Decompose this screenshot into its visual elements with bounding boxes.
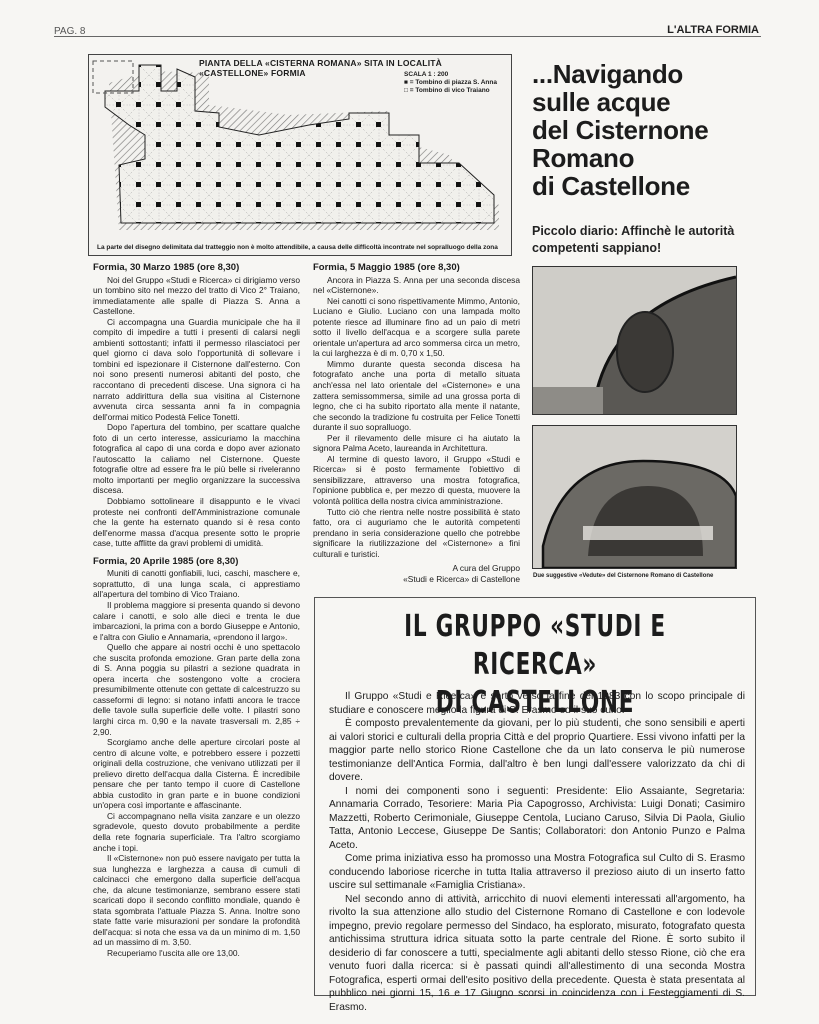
paragraph: Muniti di canotti gonfiabili, luci, casc… [93,568,300,600]
paragraph: Nei canotti ci sono rispettivamente Mimm… [313,296,520,359]
article-headline: ...Navigando sulle acque del Cisternone … [532,60,782,200]
tunnel-photo-icon [533,426,736,568]
header-divider [54,36,761,37]
headline-line: di Castellone [532,172,782,200]
paragraph: Recuperiamo l'uscita alle ore 13,00. [93,948,300,959]
cistern-floor-plan: PIANTA DELLA «CISTERNA ROMANA» SITA IN L… [88,54,512,256]
paragraph: Nel secondo anno di attività, arricchito… [329,893,745,1015]
paragraph: Dopo l'apertura del tombino, per scattar… [93,422,300,496]
legend-item-piazza: ■ = Tombino di piazza S. Anna [404,79,497,87]
headline-line: ...Navigando [532,60,782,88]
publication-name: L'ALTRA FORMIA [667,24,759,36]
article-column-1: Formia, 30 Marzo 1985 (ore 8,30) Noi del… [93,263,300,959]
paragraph: Come prima iniziativa esso ha promosso u… [329,852,745,893]
paragraph: Il problema maggiore si presenta quando … [93,600,300,642]
box-title-line: IL GRUPPO «STUDI E RICERCA» [377,608,694,684]
paragraph: Scorgiamo anche delle aperture circolari… [93,737,300,811]
map-legend: SCALA 1 : 200 ■ = Tombino di piazza S. A… [404,71,497,95]
box-body: Il Gruppo «Studi e Ricerca» è sorto vers… [329,690,745,1014]
photo-arch-opening [532,266,737,415]
paragraph: Ci accompagna una Guardia municipale che… [93,317,300,422]
diary-date: Formia, 30 Marzo 1985 (ore 8,30) [93,263,300,274]
paragraph: Dobbiamo sottolineare il disappunto e le… [93,496,300,549]
headline-line: sulle acque [532,88,782,116]
headline-line: del Cisternone [532,116,782,144]
map-scale: SCALA 1 : 200 [404,71,497,79]
paragraph: Il Gruppo «Studi e Ricerca» è sorto vers… [329,690,745,717]
map-caption: La parte del disegno delimitata dal trat… [97,244,498,251]
arch-photo-icon [533,267,736,414]
headline-line: Romano [532,144,782,172]
paragraph: Per il rilevamento delle misure ci ha ai… [313,433,520,454]
diary-date: Formia, 20 Aprile 1985 (ore 8,30) [93,557,300,568]
paragraph: Al termine di questo lavoro, il Gruppo «… [313,454,520,507]
paragraph: Noi del Gruppo «Studi e Ricerca» ci diri… [93,275,300,317]
paragraph: È composto prevalentemente da giovani, p… [329,717,745,785]
legend-item-vico: □ = Tombino di vico Traiano [404,87,497,95]
signature: A cura del Gruppo [313,563,520,574]
article-subtitle: Piccolo diario: Affinchè le autorità com… [532,223,762,257]
paragraph: Ci accompagnano nella visita zanzare e u… [93,811,300,853]
paragraph: Quello che appare ai nostri occhi è uno … [93,642,300,737]
paragraph: Ancora in Piazza S. Anna per una seconda… [313,275,520,296]
photo-caption: Due suggestive «Vedute» del Cisternone R… [533,573,713,579]
paragraph: I nomi dei componenti sono i seguenti: P… [329,785,745,853]
paragraph: Tutto ciò che rientra nelle nostre possi… [313,507,520,560]
group-profile-box: IL GRUPPO «STUDI E RICERCA» DI CASTELLON… [314,597,756,996]
paragraph: Il «Cisternone» non può essere navigato … [93,853,300,948]
signature: «Studi e Ricerca» di Castellone [313,574,520,585]
paragraph: Mimmo durante questa seconda discesa ha … [313,359,520,433]
diary-date: Formia, 5 Maggio 1985 (ore 8,30) [313,263,520,274]
article-column-2: Formia, 5 Maggio 1985 (ore 8,30) Ancora … [313,263,520,584]
photo-tunnel-vault [532,425,737,569]
